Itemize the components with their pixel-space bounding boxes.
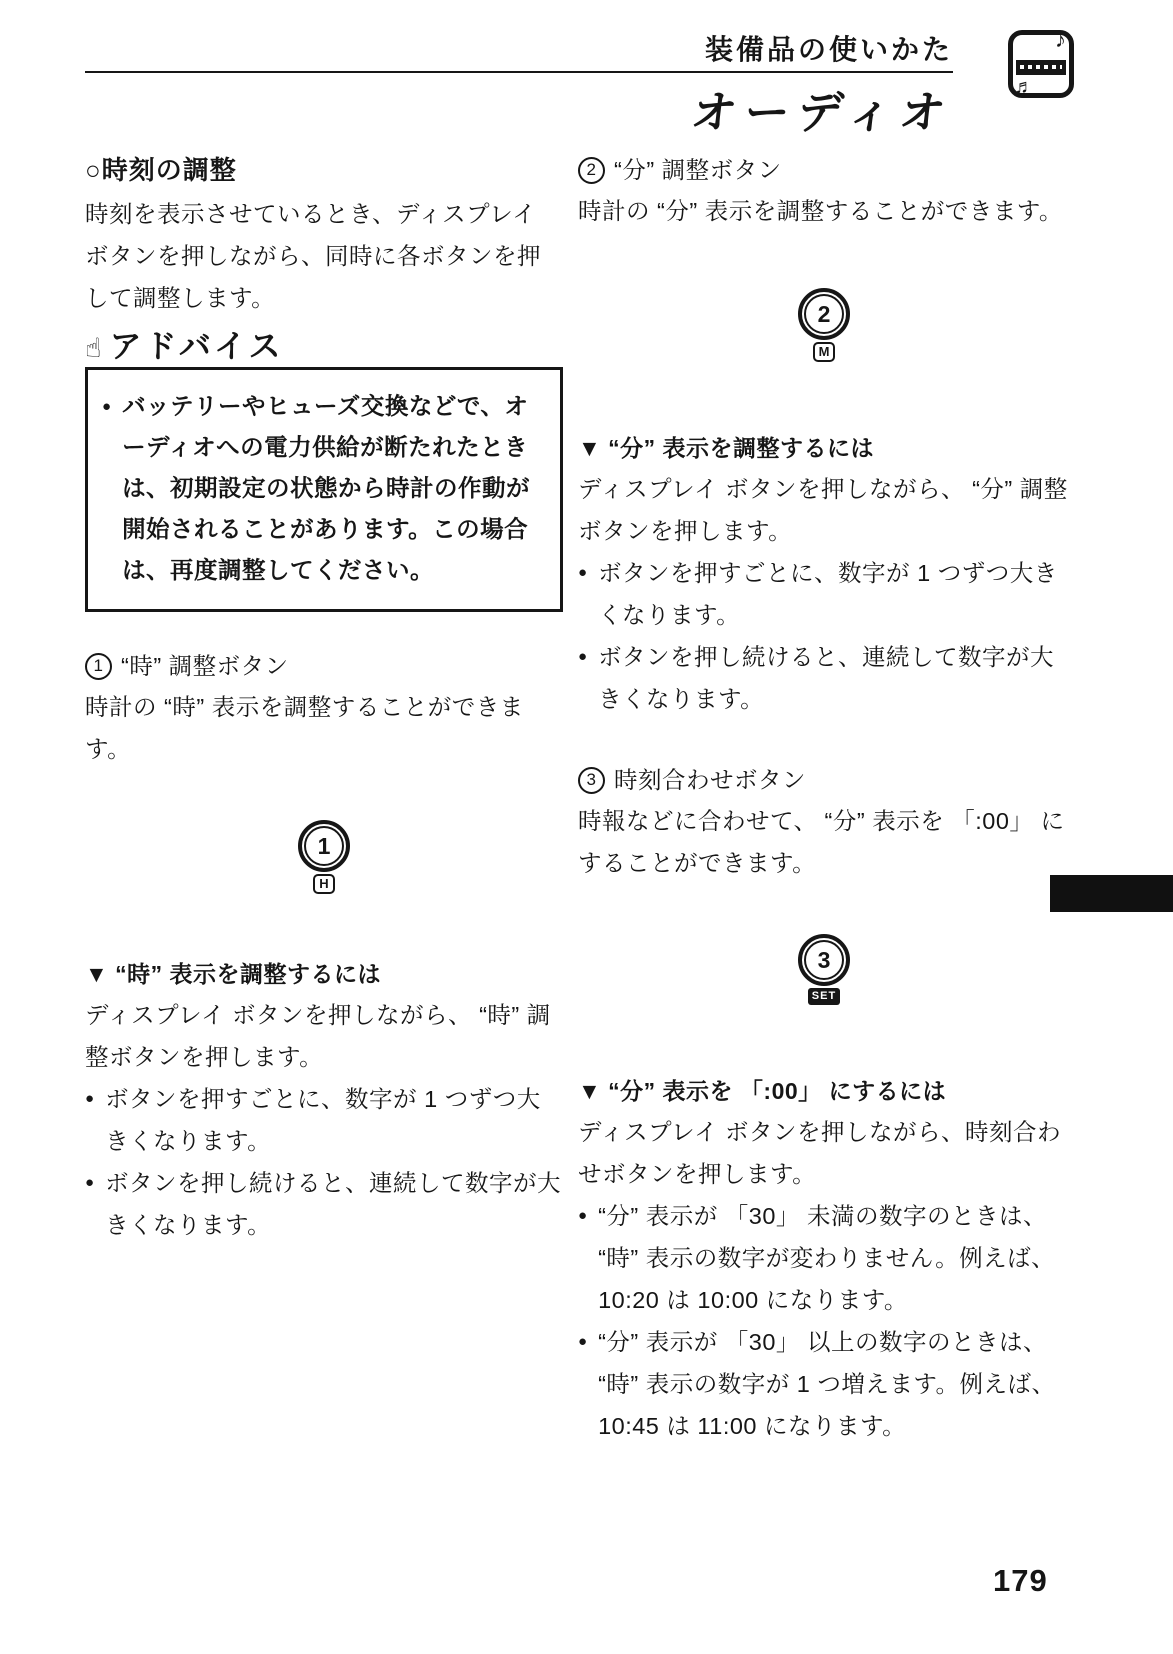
advice-box: ● バッテリーやヒューズ交換などで、オーディオへの電力供給が断たれたときは、初期… — [85, 367, 563, 612]
time-set-body: 時報などに合わせて、 “分” 表示を 「:00」 にすることができます。 — [578, 800, 1070, 884]
hour-how-heading: ▼ “時” 表示を調整するには — [85, 954, 563, 994]
hour-button-heading-text: “時” 調整ボタン — [121, 646, 289, 686]
clock-adjust-heading: ○時刻の調整 — [85, 150, 563, 187]
minute-button-number: 2 — [818, 301, 831, 328]
minute-how-body: ディスプレイ ボタンを押しながら、 “分” 調整ボタンを押します。 — [578, 468, 1070, 552]
hour-button-label: H — [313, 874, 334, 894]
list-item: ● ボタンを押し続けると、連続して数字が大きくなります。 — [578, 636, 1070, 720]
bullet-icon: ● — [578, 552, 587, 636]
bullet-icon: ● — [85, 1162, 94, 1246]
advice-text: バッテリーやヒューズ交換などで、オーディオへの電力供給が断たれたときは、初期設定… — [122, 386, 548, 591]
circled-number-3: 3 — [578, 767, 605, 794]
minute-button-label: M — [813, 342, 836, 362]
page-title: オーディオ — [688, 76, 957, 141]
header-rule — [85, 71, 953, 73]
list-item: ● ボタンを押すごとに、数字が 1 つずつ大きくなります。 — [85, 1078, 563, 1162]
music-note-icon: ♪ — [1055, 27, 1066, 53]
minute-button-heading: 2 “分” 調整ボタン — [578, 150, 1070, 190]
bullet-text: ボタンを押すごとに、数字が 1 つずつ大きくなります。 — [105, 1078, 563, 1162]
hour-button-body: 時計の “時” 表示を調整することができます。 — [85, 686, 563, 770]
header: 装備品の使いかた オーディオ — [85, 28, 953, 141]
page-number: 179 — [993, 1563, 1048, 1599]
page-edge-tab — [1050, 875, 1173, 912]
right-column: 2 “分” 調整ボタン 時計の “分” 表示を調整することができます。 2 M … — [578, 150, 1070, 1447]
minute-button-figure: 2 M — [578, 288, 1070, 362]
time-set-button-label: SET — [808, 988, 840, 1005]
list-item: ● ボタンを押すごとに、数字が 1 つずつ大きくなります。 — [578, 552, 1070, 636]
list-item: ● “分” 表示が 「30」 以上の数字のときは、 “時” 表示の数字が 1 つ… — [578, 1321, 1070, 1447]
hour-button-figure: 1 H — [85, 820, 563, 894]
bullet-icon: ● — [578, 636, 587, 720]
advice-heading: ☝ アドバイス — [85, 329, 563, 363]
time-set-how-heading: ▼ “分” 表示を 「:00」 にするには — [578, 1071, 1070, 1111]
bullet-icon: ● — [85, 1078, 94, 1162]
bullet-text: ボタンを押すごとに、数字が 1 つずつ大きくなります。 — [598, 552, 1070, 636]
hour-button-icon: 1 — [298, 820, 350, 872]
bullet-icon: ● — [578, 1195, 587, 1321]
minute-button-icon: 2 — [798, 288, 850, 340]
audio-head-unit-shape — [1016, 60, 1066, 75]
time-set-button-icon: 3 — [798, 934, 850, 986]
section-label: 装備品の使いかた — [85, 28, 953, 68]
list-item: ● “分” 表示が 「30」 未満の数字のときは、 “時” 表示の数字が変わりま… — [578, 1195, 1070, 1321]
list-item: ● ボタンを押し続けると、連続して数字が大きくなります。 — [85, 1162, 563, 1246]
bullet-icon: ● — [102, 386, 111, 591]
hour-button-number: 1 — [318, 833, 331, 860]
hour-how-body: ディスプレイ ボタンを押しながら、 “時” 調整ボタンを押します。 — [85, 994, 563, 1078]
time-set-heading: 3 時刻合わせボタン — [578, 760, 1070, 800]
bullet-icon: ● — [578, 1321, 587, 1447]
time-set-button-number: 3 — [818, 947, 831, 974]
music-note-icon: ♬ — [1014, 76, 1034, 99]
time-set-how-body: ディスプレイ ボタンを押しながら、時刻合わせボタンを押します。 — [578, 1111, 1070, 1195]
circled-number-2: 2 — [578, 157, 605, 184]
bullet-text: ボタンを押し続けると、連続して数字が大きくなります。 — [105, 1162, 563, 1246]
hour-button-heading: 1 “時” 調整ボタン — [85, 646, 563, 686]
manual-page: 装備品の使いかた オーディオ ♪ ♬ ○時刻の調整 時刻を表示させているとき、デ… — [0, 0, 1173, 1654]
bullet-text: “分” 表示が 「30」 未満の数字のときは、 “時” 表示の数字が変わりません… — [598, 1195, 1070, 1321]
minute-how-heading: ▼ “分” 表示を調整するには — [578, 428, 1070, 468]
time-set-button-figure: 3 SET — [578, 934, 1070, 1005]
advice-bullet: ● バッテリーやヒューズ交換などで、オーディオへの電力供給が断たれたときは、初期… — [102, 386, 548, 591]
car-audio-music-icon: ♪ ♬ — [1008, 30, 1074, 98]
pointing-hand-icon: ☝ — [85, 333, 101, 363]
bullet-text: “分” 表示が 「30」 以上の数字のときは、 “時” 表示の数字が 1 つ増え… — [598, 1321, 1070, 1447]
left-column: ○時刻の調整 時刻を表示させているとき、ディスプレイ ボタンを押しながら、同時に… — [85, 150, 563, 1246]
minute-button-heading-text: “分” 調整ボタン — [614, 150, 782, 190]
clock-adjust-body: 時刻を表示させているとき、ディスプレイ ボタンを押しながら、同時に各ボタンを押し… — [85, 193, 563, 319]
advice-label: アドバイス — [109, 329, 283, 363]
bullet-text: ボタンを押し続けると、連続して数字が大きくなります。 — [598, 636, 1070, 720]
minute-button-body: 時計の “分” 表示を調整することができます。 — [578, 190, 1070, 232]
time-set-heading-text: 時刻合わせボタン — [614, 760, 806, 800]
circled-number-1: 1 — [85, 653, 112, 680]
